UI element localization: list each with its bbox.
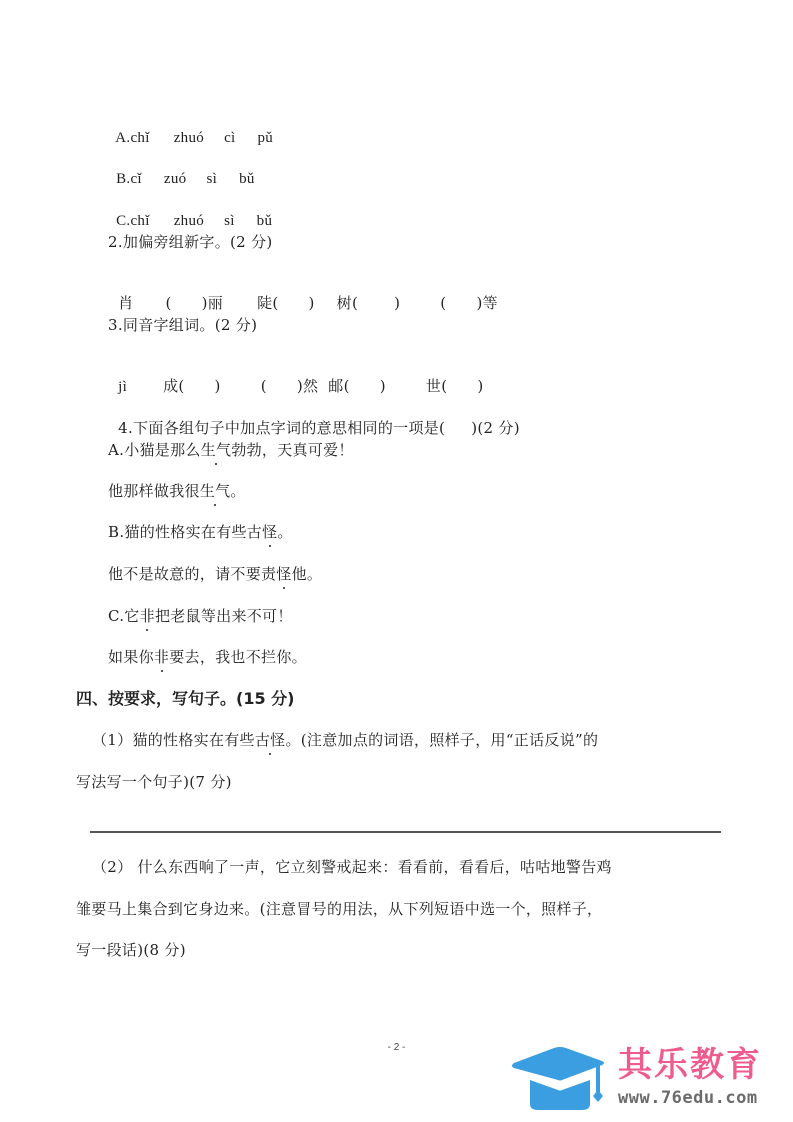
dotted-word: 怪 <box>262 522 277 542</box>
syllable: chǐ <box>130 130 149 146</box>
section4-item2-line3: 写一段话)(8 分) <box>76 940 186 960</box>
syllable: zhuó <box>174 130 204 146</box>
text: A.小猫是那么 <box>108 441 201 459</box>
q1-option-c: C.chǐzhuósìbǔ <box>108 191 272 231</box>
dotted-word: 非 <box>154 647 169 667</box>
q4-option-c2: 如果你非要去，我也不拦你。 <box>108 647 307 667</box>
blank-open: 陡( <box>257 294 278 312</box>
brand-logo: 其乐教育 www.76edu.com <box>510 1040 790 1115</box>
syllable: pǔ <box>258 130 274 146</box>
option-label: C. <box>116 213 130 229</box>
text: 他不是故意的，请不要责 <box>108 565 276 583</box>
q2-items: 肖()丽陡()树()()等 <box>108 273 498 313</box>
syllable: cì <box>224 130 235 146</box>
graduation-cap-icon <box>510 1046 610 1114</box>
brand-url: www.76edu.com <box>618 1088 758 1108</box>
brand-title: 其乐教育 <box>618 1046 762 1084</box>
pinyin: jì <box>118 379 127 395</box>
q4-option-a1: A.小猫是那么生气勃勃，天真可爱！ <box>108 440 354 460</box>
blank-close: )丽 <box>202 294 223 312</box>
blank-open: ( <box>261 377 267 395</box>
q4-title-text: 4.下面各组句子中加点字词的意思相同的一项是( <box>118 419 445 437</box>
option-label: A. <box>115 130 130 146</box>
q3-items: jì成()()然邮()世() <box>108 356 484 397</box>
dotted-word: 生气 <box>201 440 232 460</box>
text: 他那样做我很 <box>108 482 200 500</box>
syllable: zhuó <box>174 213 204 229</box>
syllable: cǐ <box>130 171 141 187</box>
section4-item2-line1: （2） 什么东西响了一声，它立刻警戒起来：看看前，看看后，咕咕地警告鸡 <box>92 857 612 877</box>
q4-option-c1: C.它非把老鼠等出来不可！ <box>108 606 293 626</box>
text: 。(注意加点的词语，照样子，用“正话反说”的 <box>285 731 598 749</box>
section-heading: 四、按要求，写句子。(15 分) <box>76 688 294 710</box>
syllable: zuó <box>164 171 187 187</box>
q4-option-a2: 他那样做我很生气。 <box>108 481 246 501</box>
q2-title: 2.加偏旁组新字。(2 分) <box>108 232 273 252</box>
answer-line[interactable] <box>90 831 721 833</box>
syllable: sì <box>224 213 235 229</box>
text: 他。 <box>292 565 323 583</box>
blank-close: )等 <box>476 294 497 312</box>
blank-close: ) <box>394 294 400 312</box>
q3-title: 3.同音字组词。(2 分) <box>108 315 257 335</box>
blank-close: ) <box>309 294 315 312</box>
text: B.猫的性格实在有些古 <box>108 523 262 541</box>
text: 勃勃，天真可爱！ <box>231 441 353 459</box>
q4-option-b2: 他不是故意的，请不要责怪他。 <box>108 564 322 584</box>
radical-char: 肖 <box>118 294 133 312</box>
dotted-word: 生气 <box>200 481 231 501</box>
text: 把老鼠等出来不可！ <box>155 607 293 625</box>
blank-close: ) <box>380 377 386 395</box>
blank-open: ( <box>165 294 171 312</box>
blank-close: ) <box>477 377 483 395</box>
q4-title-tail: )(2 分) <box>471 419 520 437</box>
q4-option-b1: B.猫的性格实在有些古怪。 <box>108 522 293 542</box>
section4-item2-line2: 雏要马上集合到它身边来。(注意冒号的用法，从下列短语中选一个，照样子， <box>76 899 602 919</box>
syllable: chǐ <box>130 213 149 229</box>
blank-open: ( <box>440 294 446 312</box>
text: （1）猫的性格实在有些 <box>92 731 255 749</box>
q1-option-b: B.cǐzuósìbǔ <box>108 149 255 189</box>
section4-item1-line1: （1）猫的性格实在有些古怪。(注意加点的词语，照样子，用“正话反说”的 <box>92 730 598 750</box>
blank-close: ) <box>215 377 221 395</box>
blank-open: 成( <box>163 377 184 395</box>
dotted-word: 怪 <box>276 564 291 584</box>
dotted-word: 非 <box>140 606 155 626</box>
blank-open: 世( <box>426 377 447 395</box>
text: 。 <box>230 482 245 500</box>
text: 要去，我也不拦你。 <box>169 648 307 666</box>
option-label: B. <box>116 171 130 187</box>
syllable: bǔ <box>257 213 273 229</box>
syllable: sì <box>206 171 217 187</box>
blank-open: 树( <box>337 294 358 312</box>
dotted-word: 古怪 <box>255 730 286 750</box>
text: C.它 <box>108 607 140 625</box>
syllable: bǔ <box>239 171 255 187</box>
q4-title: 4.下面各组句子中加点字词的意思相同的一项是()(2 分) <box>108 398 520 438</box>
section4-item1-line2: 写法写一个句子)(7 分) <box>76 772 232 792</box>
blank-close: )然 <box>297 377 318 395</box>
blank-open: 邮( <box>328 377 349 395</box>
q1-option-a: A.chǐzhuócìpǔ <box>108 108 273 148</box>
text: 。 <box>277 523 292 541</box>
text: 如果你 <box>108 648 154 666</box>
